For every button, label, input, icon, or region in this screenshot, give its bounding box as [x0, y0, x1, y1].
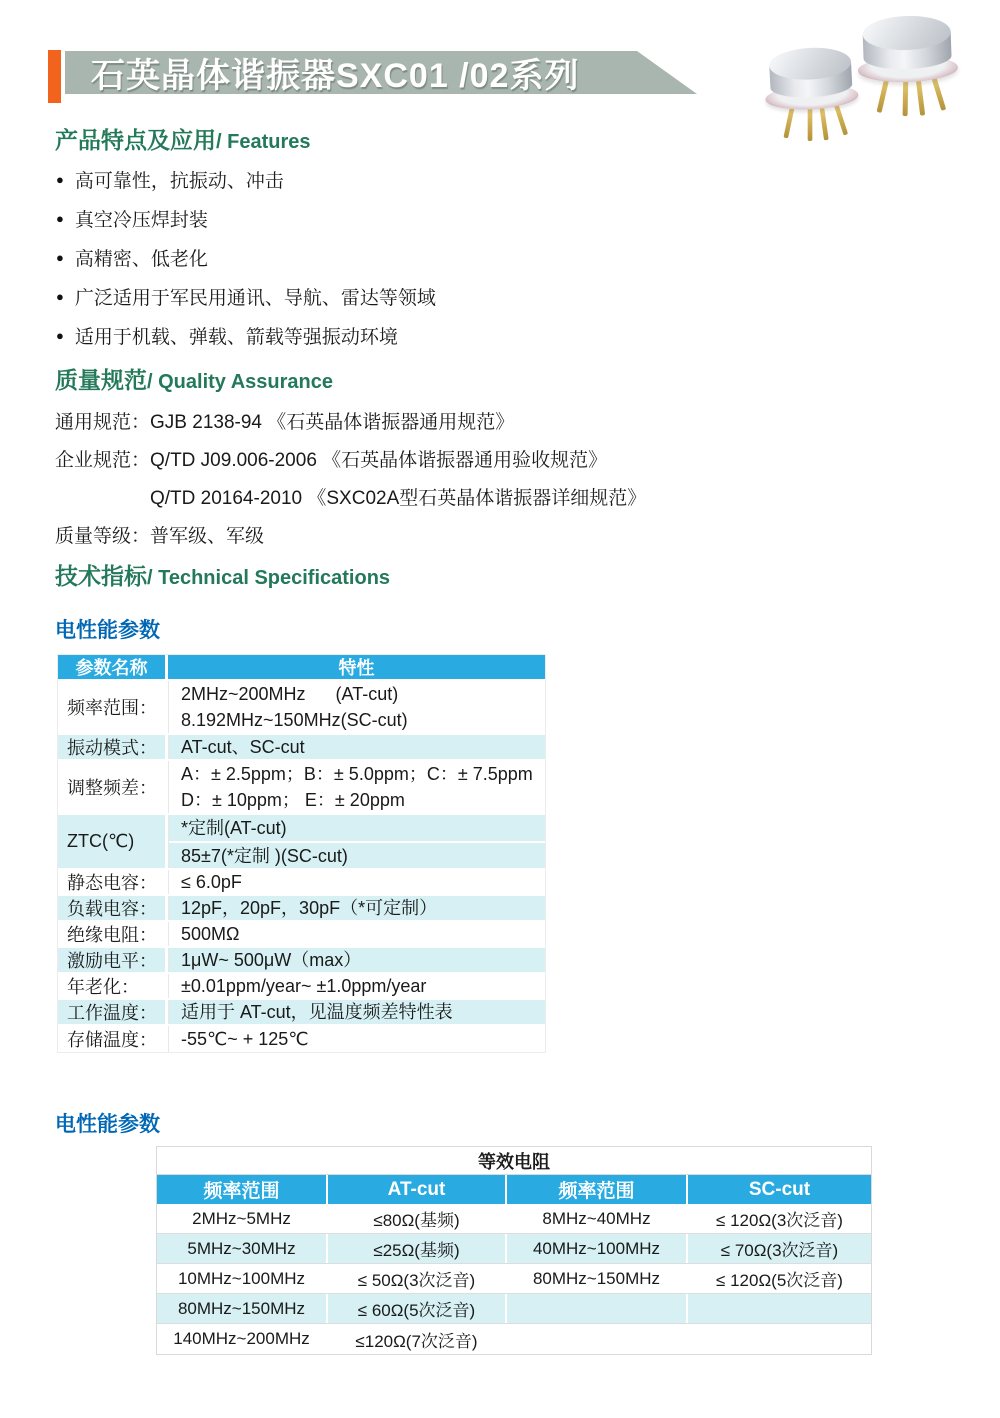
- table-row: 80MHz~150MHz ≤ 60Ω(5次泛音): [157, 1294, 871, 1324]
- quality-spec-list: 通用规范：GJB 2138-94 《石英晶体谐振器通用规范》 企业规范：Q/TD…: [55, 401, 646, 553]
- spec-label: 通用规范：: [55, 407, 150, 434]
- table-row: 10MHz~100MHz ≤ 50Ω(3次泛音) 80MHz~150MHz ≤ …: [157, 1264, 871, 1294]
- page-title: 石英晶体谐振器SXC01 /02系列: [91, 48, 579, 97]
- feature-item: ●高可靠性，抗振动、冲击: [56, 160, 436, 199]
- table-row: ZTC(℃) *定制(AT-cut)85±7(*定制 )(SC-cut): [58, 815, 545, 870]
- table-row: 绝缘电阻： 500MΩ: [58, 922, 545, 948]
- banner-accent-bar: [48, 50, 61, 103]
- column-header: 频率范围: [157, 1175, 328, 1204]
- spec-text: 普军级、军级: [150, 521, 264, 548]
- feature-text: 广泛适用于军民用通讯、导航、雷达等领域: [75, 283, 436, 310]
- table-header-row: 频率范围 AT-cut 频率范围 SC-cut: [157, 1175, 871, 1204]
- bullet-icon: ●: [56, 172, 64, 187]
- table-row: 140MHz~200MHz ≤120Ω(7次泛音): [157, 1324, 871, 1354]
- tech-specs-heading: 技术指标/ Technical Specifications: [55, 558, 390, 591]
- crystal-resonator-image-left: [763, 45, 861, 152]
- column-header: 频率范围: [507, 1175, 688, 1204]
- table-row: 工作温度： 适用于 AT-cut，见温度频差特性表: [58, 1000, 545, 1026]
- quality-heading: 质量规范/ Quality Assurance: [55, 362, 333, 395]
- gold-pin-icon: [808, 106, 813, 141]
- column-header: 参数名称: [58, 655, 168, 679]
- table-row: 存储温度： -55℃~ + 125℃: [58, 1026, 545, 1052]
- spec-line: 企业规范：Q/TD J09.006-2006 《石英晶体谐振器通用验收规范》: [55, 439, 646, 477]
- feature-text: 高可靠性，抗振动、冲击: [75, 166, 284, 193]
- column-header: 特性: [168, 655, 545, 679]
- feature-item: ●真空冷压焊封装: [56, 199, 436, 238]
- spec-line: 通用规范：GJB 2138-94 《石英晶体谐振器通用规范》: [55, 401, 646, 439]
- page-banner: 石英晶体谐振器SXC01 /02系列: [65, 51, 697, 94]
- feature-item: ●适用于机载、弹载、箭载等强振动环境: [56, 316, 436, 355]
- elec-params-heading-2: 电性能参数: [55, 1108, 160, 1138]
- gold-pin-icon: [916, 77, 926, 115]
- table-row: 年老化： ±0.01ppm/year~ ±1.0ppm/year: [58, 974, 545, 1000]
- crystal-resonator-image-right: [856, 14, 960, 127]
- spec-text: Q/TD 20164-2010 《SXC02A型石英晶体谐振器详细规范》: [150, 483, 646, 510]
- bullet-icon: ●: [56, 328, 64, 343]
- features-heading: 产品特点及应用/ Features: [55, 122, 310, 155]
- spec-line: Q/TD 20164-2010 《SXC02A型石英晶体谐振器详细规范》: [55, 477, 646, 515]
- feature-text: 适用于机载、弹载、箭载等强振动环境: [75, 322, 398, 349]
- column-header: AT-cut: [328, 1175, 507, 1204]
- spec-text: GJB 2138-94 《石英晶体谐振器通用规范》: [150, 407, 514, 434]
- feature-item: ●广泛适用于军民用通讯、导航、雷达等领域: [56, 277, 436, 316]
- features-list: ●高可靠性，抗振动、冲击 ●真空冷压焊封装 ●高精密、低老化 ●广泛适用于军民用…: [56, 160, 436, 355]
- product-photo: [758, 10, 973, 130]
- table-row: 频率范围： 2MHz~200MHz (AT-cut)8.192MHz~150MH…: [58, 681, 545, 735]
- table-title: 等效电阻: [157, 1147, 871, 1175]
- table-row: 振动模式： AT-cut、SC-cut: [58, 735, 545, 761]
- spec-label: 质量等级：: [55, 521, 150, 548]
- gold-pin-icon: [819, 105, 829, 141]
- datasheet-page: 石英晶体谐振器SXC01 /02系列 产品特点及应用/ Features ●高可…: [0, 0, 1000, 1418]
- elec-params-heading-1: 电性能参数: [55, 614, 160, 644]
- bullet-icon: ●: [56, 250, 64, 265]
- table-header-row: 参数名称 特性: [58, 655, 545, 681]
- table-row: 激励电平： 1μW~ 500μW（max）: [58, 948, 545, 974]
- feature-text: 高精密、低老化: [75, 244, 208, 271]
- table-row: 静态电容： ≤ 6.0pF: [58, 870, 545, 896]
- table-row: 负载电容： 12pF，20pF，30pF（*可定制）: [58, 896, 545, 922]
- gold-pin-icon: [903, 78, 909, 116]
- spec-text: Q/TD J09.006-2006 《石英晶体谐振器通用验收规范》: [150, 445, 607, 472]
- bullet-icon: ●: [56, 289, 64, 304]
- spec-label: 企业规范：: [55, 445, 150, 472]
- feature-text: 真空冷压焊封装: [75, 205, 208, 232]
- electrical-parameters-table: 参数名称 特性 频率范围： 2MHz~200MHz (AT-cut)8.192M…: [57, 654, 546, 1053]
- equivalent-resistance-table: 等效电阻 频率范围 AT-cut 频率范围 SC-cut 2MHz~5MHz ≤…: [156, 1146, 872, 1355]
- table-row: 调整频差： A：± 2.5ppm；B：± 5.0ppm；C：± 7.5ppmD：…: [58, 761, 545, 815]
- column-header: SC-cut: [688, 1175, 871, 1204]
- feature-item: ●高精密、低老化: [56, 238, 436, 277]
- table-row: 5MHz~30MHz ≤25Ω(基频) 40MHz~100MHz ≤ 70Ω(3…: [157, 1234, 871, 1264]
- spec-line: 质量等级：普军级、军级: [55, 515, 646, 553]
- bullet-icon: ●: [56, 211, 64, 226]
- table-row: 2MHz~5MHz ≤80Ω(基频) 8MHz~40MHz ≤ 120Ω(3次泛…: [157, 1204, 871, 1234]
